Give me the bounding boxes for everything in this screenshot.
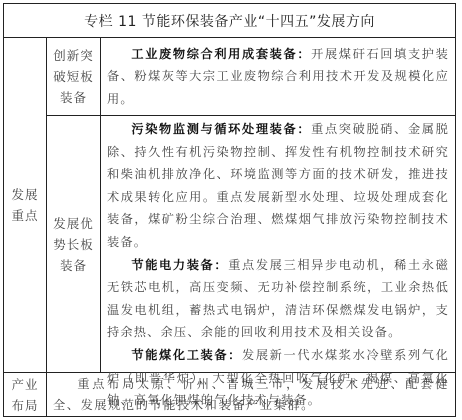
label-line: 装备 [60,255,87,276]
subsection-label-innovation: 创新突 破短板 装备 [47,38,100,115]
subsection-content-innovation: 工业废物综合利用成套装备：开展煤矸石回填支护装备、粉煤灰等大宗工业废物综合利用技… [101,38,455,115]
section-label-development-focus: 发展 重点 [4,38,46,372]
paragraph-text: 重点突破脱硝、金属脱除、持久性有机污染物控制、挥发性有机物控制技术研究和柴油机排… [107,122,449,249]
paragraph: 节能电力装备：重点发展三相异步电动机，稀土永磁无铁芯电机，高压变频、无功补偿控制… [107,254,449,344]
label-line: 产业 [11,374,38,395]
paragraph-heading: 污染物监测与循环处理装备： [131,122,311,136]
paragraph-heading: 工业废物综合利用成套装备： [131,47,311,61]
subsection-content-advantage: 污染物监测与循环处理装备：重点突破脱硝、金属脱除、持久性有机污染物控制、挥发性有… [101,118,455,372]
subsection-label-advantage: 发展优 势长板 装备 [47,116,100,372]
label-line: 布局 [11,395,38,416]
divider [46,115,455,116]
paragraph-heading: 节能电力装备： [131,258,228,272]
paragraph-heading: 节能煤化工装备： [131,348,242,362]
label-line: 重点 [11,205,38,226]
label-line: 势长板 [53,234,94,255]
label-line: 发展优 [53,213,94,234]
table-title: 专栏 11 节能环保装备产业“十四五”发展方向 [4,4,455,38]
paragraph: 重点布局太原、忻州、晋城三市，发展技术先进、配套健全、发展规范的节能技术和装备产… [53,374,449,416]
label-line: 创新突 [53,45,94,66]
table-box-11: 专栏 11 节能环保装备产业“十四五”发展方向 发展 重点 创新突 破短板 装备… [3,3,456,417]
paragraph: 工业废物综合利用成套装备：开展煤矸石回填支护装备、粉煤灰等大宗工业废物综合利用技… [107,43,449,111]
label-line: 装备 [60,87,87,108]
paragraph-text: 重点布局太原、忻州、晋城三市，发展技术先进、配套健全、发展规范的节能技术和装备产… [53,377,449,412]
paragraph: 污染物监测与循环处理装备：重点突破脱硝、金属脱除、持久性有机污染物控制、挥发性有… [107,118,449,254]
label-line: 破短板 [53,66,94,87]
section-label-industry-layout: 产业 布局 [4,373,46,416]
section-content-industry-layout: 重点布局太原、忻州、晋城三市，发展技术先进、配套健全、发展规范的节能技术和装备产… [47,373,455,416]
label-line: 发展 [11,184,38,205]
